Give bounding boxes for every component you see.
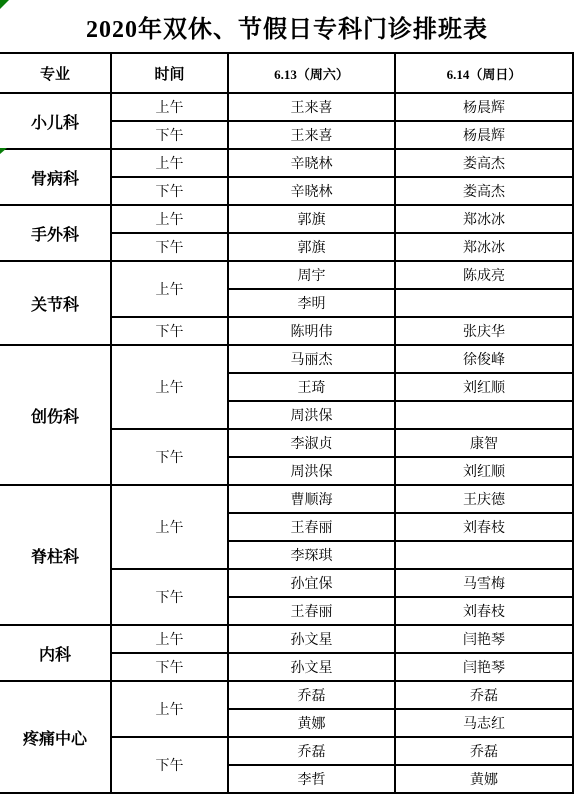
- header-specialty: 专业: [0, 53, 111, 93]
- doctor-cell-sat: 孙文星: [228, 653, 395, 681]
- doctor-cell-sat: 郭旗: [228, 233, 395, 261]
- doctor-cell-sat: 周洪保: [228, 401, 395, 429]
- department-cell: 骨病科: [0, 149, 111, 205]
- time-slot-cell: 下午: [111, 121, 228, 149]
- doctor-cell-sat: 乔磊: [228, 737, 395, 765]
- doctor-cell-sat: 孙宜保: [228, 569, 395, 597]
- doctor-cell-sun: 刘春枝: [395, 597, 573, 625]
- page: { "title": "2020年双休、节假日专科门诊排班表", "colors…: [0, 0, 574, 795]
- time-slot-cell: 上午: [111, 345, 228, 429]
- green-corner-marker-icon: [0, 0, 9, 9]
- doctor-cell-sun: 杨晨辉: [395, 121, 573, 149]
- doctor-cell-sat: 周宇: [228, 261, 395, 289]
- header-sunday: 6.14（周日）: [395, 53, 573, 93]
- doctor-cell-sun: 郑冰冰: [395, 205, 573, 233]
- time-slot-cell: 上午: [111, 485, 228, 569]
- doctor-cell-sun: 徐俊峰: [395, 345, 573, 373]
- doctor-cell-sun: [395, 289, 573, 317]
- time-slot-cell: 上午: [111, 149, 228, 177]
- doctor-cell-sat: 周洪保: [228, 457, 395, 485]
- doctor-cell-sat: 李琛琪: [228, 541, 395, 569]
- time-slot-cell: 上午: [111, 261, 228, 317]
- time-slot-cell: 下午: [111, 177, 228, 205]
- doctor-cell-sun: [395, 541, 573, 569]
- green-corner-marker-icon: [0, 148, 7, 154]
- time-slot-cell: 下午: [111, 233, 228, 261]
- doctor-cell-sun: 娄高杰: [395, 177, 573, 205]
- doctor-cell-sun: 郑冰冰: [395, 233, 573, 261]
- doctor-cell-sat: 李明: [228, 289, 395, 317]
- department-cell: 创伤科: [0, 345, 111, 485]
- doctor-cell-sun: 刘春枝: [395, 513, 573, 541]
- table-row: 内科上午孙文星闫艳琴: [0, 625, 573, 653]
- doctor-cell-sun: 刘红顺: [395, 457, 573, 485]
- doctor-cell-sat: 乔磊: [228, 681, 395, 709]
- doctor-cell-sat: 王春丽: [228, 513, 395, 541]
- doctor-cell-sat: 王琦: [228, 373, 395, 401]
- doctor-cell-sat: 黄娜: [228, 709, 395, 737]
- department-cell: 脊柱科: [0, 485, 111, 625]
- table-row: 疼痛中心上午乔磊乔磊: [0, 681, 573, 709]
- table-row: 关节科上午周宇陈成亮: [0, 261, 573, 289]
- time-slot-cell: 下午: [111, 317, 228, 345]
- doctor-cell-sat: 辛晓林: [228, 177, 395, 205]
- doctor-cell-sun: 乔磊: [395, 737, 573, 765]
- header-row: 专业 时间 6.13（周六） 6.14（周日）: [0, 53, 573, 93]
- doctor-cell-sun: 张庆华: [395, 317, 573, 345]
- doctor-cell-sat: 陈明伟: [228, 317, 395, 345]
- doctor-cell-sat: 李哲: [228, 765, 395, 793]
- table-row: 创伤科上午马丽杰徐俊峰: [0, 345, 573, 373]
- department-cell: 手外科: [0, 205, 111, 261]
- doctor-cell-sun: [395, 401, 573, 429]
- table-row: 骨病科上午辛晓林娄高杰: [0, 149, 573, 177]
- doctor-cell-sat: 马丽杰: [228, 345, 395, 373]
- doctor-cell-sun: 马志红: [395, 709, 573, 737]
- time-slot-cell: 下午: [111, 429, 228, 485]
- doctor-cell-sun: 刘红顺: [395, 373, 573, 401]
- table-row: 小儿科上午王来喜杨晨辉: [0, 93, 573, 121]
- time-slot-cell: 上午: [111, 93, 228, 121]
- doctor-cell-sun: 闫艳琴: [395, 625, 573, 653]
- time-slot-cell: 上午: [111, 625, 228, 653]
- schedule-table: 专业 时间 6.13（周六） 6.14（周日） 小儿科上午王来喜杨晨辉下午王来喜…: [0, 52, 574, 794]
- schedule-body: 小儿科上午王来喜杨晨辉下午王来喜杨晨辉骨病科上午辛晓林娄高杰下午辛晓林娄高杰手外…: [0, 93, 573, 793]
- page-title: 2020年双休、节假日专科门诊排班表: [86, 9, 488, 44]
- doctor-cell-sun: 康智: [395, 429, 573, 457]
- header-saturday: 6.13（周六）: [228, 53, 395, 93]
- doctor-cell-sat: 李淑贞: [228, 429, 395, 457]
- doctor-cell-sat: 王来喜: [228, 121, 395, 149]
- doctor-cell-sat: 王春丽: [228, 597, 395, 625]
- department-cell: 内科: [0, 625, 111, 681]
- doctor-cell-sun: 马雪梅: [395, 569, 573, 597]
- time-slot-cell: 上午: [111, 205, 228, 233]
- time-slot-cell: 上午: [111, 681, 228, 737]
- title-bar: 2020年双休、节假日专科门诊排班表: [0, 0, 574, 52]
- doctor-cell-sat: 曹顺海: [228, 485, 395, 513]
- time-slot-cell: 下午: [111, 569, 228, 625]
- doctor-cell-sun: 王庆德: [395, 485, 573, 513]
- time-slot-cell: 下午: [111, 653, 228, 681]
- department-cell: 小儿科: [0, 93, 111, 149]
- doctor-cell-sun: 娄高杰: [395, 149, 573, 177]
- department-cell: 关节科: [0, 261, 111, 345]
- header-time: 时间: [111, 53, 228, 93]
- table-row: 手外科上午郭旗郑冰冰: [0, 205, 573, 233]
- doctor-cell-sat: 孙文星: [228, 625, 395, 653]
- table-row: 脊柱科上午曹顺海王庆德: [0, 485, 573, 513]
- doctor-cell-sun: 杨晨辉: [395, 93, 573, 121]
- doctor-cell-sun: 乔磊: [395, 681, 573, 709]
- doctor-cell-sat: 王来喜: [228, 93, 395, 121]
- time-slot-cell: 下午: [111, 737, 228, 793]
- doctor-cell-sat: 辛晓林: [228, 149, 395, 177]
- doctor-cell-sat: 郭旗: [228, 205, 395, 233]
- doctor-cell-sun: 黄娜: [395, 765, 573, 793]
- department-cell: 疼痛中心: [0, 681, 111, 793]
- doctor-cell-sun: 闫艳琴: [395, 653, 573, 681]
- doctor-cell-sun: 陈成亮: [395, 261, 573, 289]
